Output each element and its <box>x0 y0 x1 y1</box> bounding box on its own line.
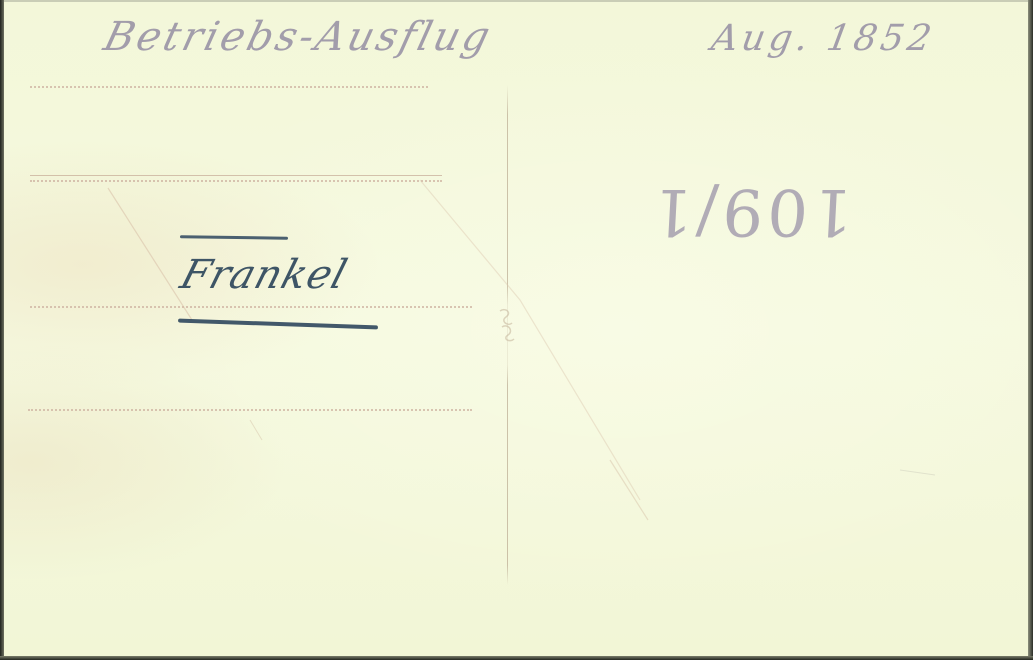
archive-number: 109/1 <box>643 174 858 248</box>
postcard-back: Betriebs-Ausflug Aug. 1852 109/1 Frankel <box>0 0 1033 660</box>
title-note: Betriebs-Ausflug <box>99 14 497 60</box>
address-line-2 <box>30 180 442 182</box>
date-note: Aug. 1852 <box>708 18 938 59</box>
signature: Frankel <box>175 252 352 298</box>
address-line-3 <box>30 306 472 308</box>
address-rule <box>30 175 442 176</box>
scan-edge-right <box>1028 0 1033 660</box>
signature-overline <box>180 235 288 240</box>
signature-underline <box>178 319 378 330</box>
scan-edge-left <box>0 0 4 660</box>
address-line-4 <box>28 409 472 411</box>
scan-edge-bottom <box>0 656 1033 660</box>
address-line-1 <box>30 86 428 88</box>
stamp-mark-icon <box>492 305 522 345</box>
